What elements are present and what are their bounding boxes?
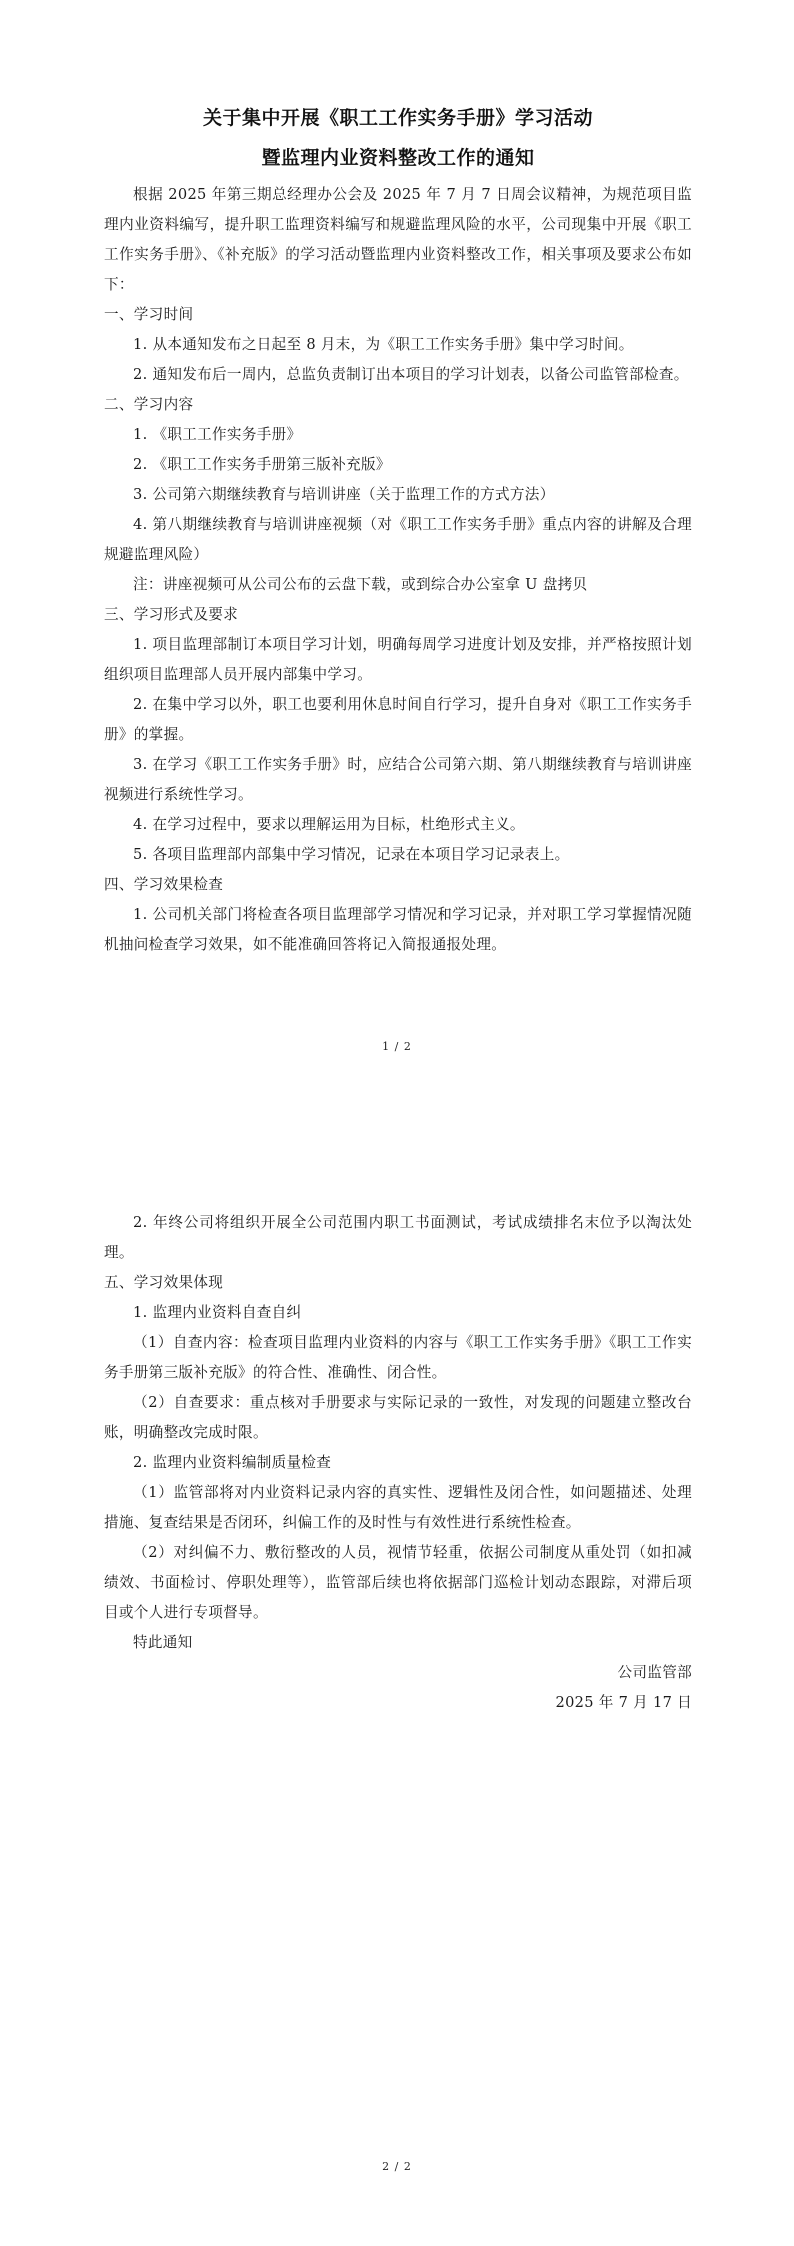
section-2-item-1: 1. 《职工工作实务手册》 bbox=[104, 420, 692, 450]
intro-paragraph: 根据 2025 年第三期总经理办公会及 2025 年 7 月 7 日周会议精神，… bbox=[104, 180, 692, 300]
document-title-line-2: 暨监理内业资料整改工作的通知 bbox=[104, 138, 692, 178]
section-5-item-2: 2. 监理内业资料编制质量检查 bbox=[104, 1448, 692, 1478]
section-4-item-1: 1. 公司机关部门将检查各项目监理部学习情况和学习记录，并对职工学习掌握情况随机… bbox=[104, 900, 692, 960]
page-number-1: 1 / 2 bbox=[0, 1040, 794, 1053]
section-5-item-1-sub-1: （1）自查内容：检查项目监理内业资料的内容与《职工工作实务手册》《职工工作实务手… bbox=[104, 1328, 692, 1388]
section-2-item-3: 3. 公司第六期继续教育与培训讲座（关于监理工作的方式方法） bbox=[104, 480, 692, 510]
document-title-line-1: 关于集中开展《职工工作实务手册》学习活动 bbox=[104, 98, 692, 138]
section-3-item-5: 5. 各项目监理部内部集中学习情况，记录在本项目学习记录表上。 bbox=[104, 840, 692, 870]
section-3-item-2: 2. 在集中学习以外，职工也要利用休息时间自行学习，提升自身对《职工工作实务手册… bbox=[104, 690, 692, 750]
section-5-item-1: 1. 监理内业资料自查自纠 bbox=[104, 1298, 692, 1328]
page-number-2: 2 / 2 bbox=[0, 2160, 794, 2173]
section-heading-effect-reflection: 五、学习效果体现 bbox=[104, 1268, 692, 1298]
signature-department: 公司监管部 bbox=[104, 1658, 692, 1688]
section-heading-study-content: 二、学习内容 bbox=[104, 390, 692, 420]
section-3-item-3: 3. 在学习《职工工作实务手册》时，应结合公司第六期、第八期继续教育与培训讲座视… bbox=[104, 750, 692, 810]
section-heading-study-format: 三、学习形式及要求 bbox=[104, 600, 692, 630]
section-1-item-2: 2. 通知发布后一周内，总监负责制订出本项目的学习计划表，以备公司监管部检查。 bbox=[104, 360, 692, 390]
closing-line: 特此通知 bbox=[104, 1628, 692, 1658]
section-2-note: 注：讲座视频可从公司公布的云盘下载，或到综合办公室拿 U 盘拷贝 bbox=[104, 570, 692, 600]
section-4-item-2: 2. 年终公司将组织开展全公司范围内职工书面测试，考试成绩排名末位予以淘汰处理。 bbox=[104, 1208, 692, 1268]
section-1-item-1: 1. 从本通知发布之日起至 8 月末，为《职工工作实务手册》集中学习时间。 bbox=[104, 330, 692, 360]
page-2-content: 2. 年终公司将组织开展全公司范围内职工书面测试，考试成绩排名末位予以淘汰处理。… bbox=[104, 1208, 692, 1718]
section-2-item-4: 4. 第八期继续教育与培训讲座视频（对《职工工作实务手册》重点内容的讲解及合理规… bbox=[104, 510, 692, 570]
signature-date: 2025 年 7 月 17 日 bbox=[104, 1688, 692, 1718]
section-3-item-4: 4. 在学习过程中，要求以理解运用为目标，杜绝形式主义。 bbox=[104, 810, 692, 840]
section-5-item-1-sub-2: （2）自查要求：重点核对手册要求与实际记录的一致性，对发现的问题建立整改台账，明… bbox=[104, 1388, 692, 1448]
section-3-item-1: 1. 项目监理部制订本项目学习计划，明确每周学习进度计划及安排，并严格按照计划组… bbox=[104, 630, 692, 690]
document-page-2: 2. 年终公司将组织开展全公司范围内职工书面测试，考试成绩排名末位予以淘汰处理。… bbox=[0, 1123, 794, 2246]
page-1-content: 关于集中开展《职工工作实务手册》学习活动 暨监理内业资料整改工作的通知 根据 2… bbox=[104, 98, 692, 960]
section-5-item-2-sub-2: （2）对纠偏不力、敷衍整改的人员，视情节轻重，依据公司制度从重处罚（如扣减绩效、… bbox=[104, 1538, 692, 1628]
section-heading-study-time: 一、学习时间 bbox=[104, 300, 692, 330]
document-page-1: 关于集中开展《职工工作实务手册》学习活动 暨监理内业资料整改工作的通知 根据 2… bbox=[0, 0, 794, 1123]
section-heading-effect-check: 四、学习效果检查 bbox=[104, 870, 692, 900]
section-5-item-2-sub-1: （1）监管部将对内业资料记录内容的真实性、逻辑性及闭合性，如问题描述、处理措施、… bbox=[104, 1478, 692, 1538]
section-2-item-2: 2. 《职工工作实务手册第三版补充版》 bbox=[104, 450, 692, 480]
